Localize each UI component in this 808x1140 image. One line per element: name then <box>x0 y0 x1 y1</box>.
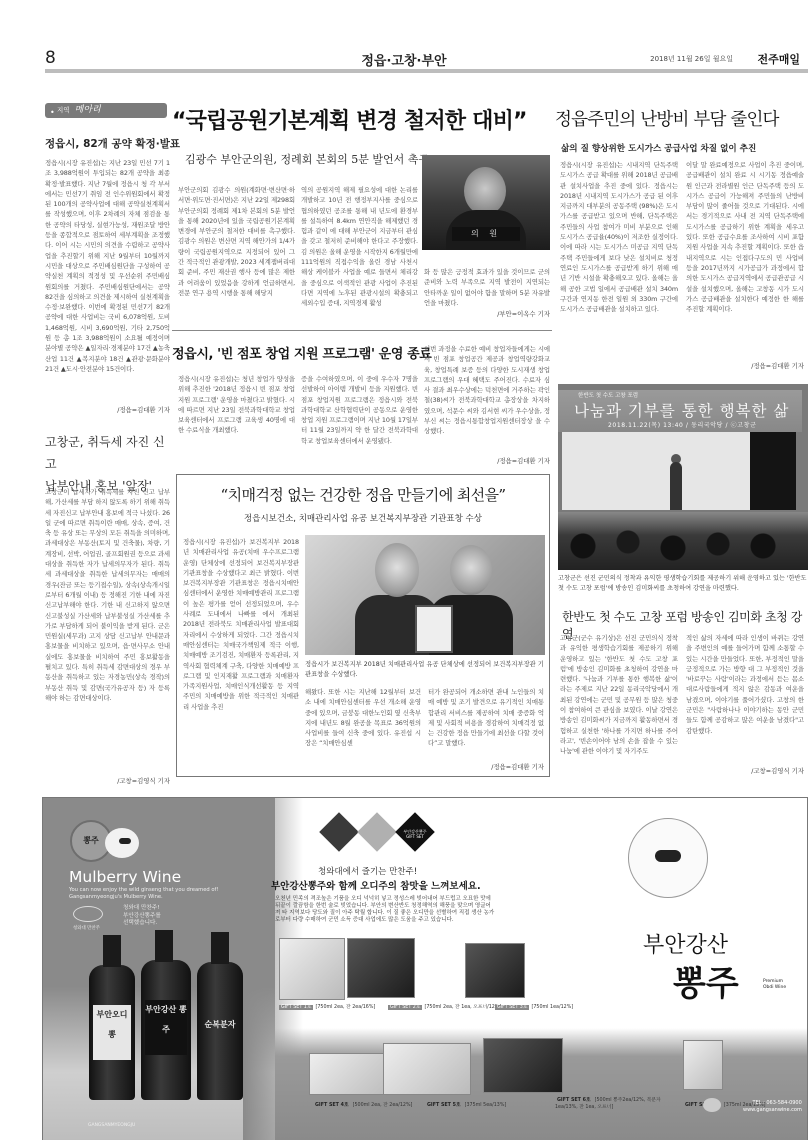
bottle-neck <box>103 935 121 967</box>
stage-curtain <box>750 432 796 510</box>
article-headline: 정읍시, 82개 공약 확정·발표 <box>45 136 180 151</box>
brand-calligraphy-line1: 부안강산 <box>643 928 728 959</box>
article-byline: /정읍=김대환 기자 <box>424 456 550 465</box>
premium-label: Premium Obdi Wine <box>763 979 786 991</box>
brand-calligraphy-line2: 뽕주 <box>673 956 739 1005</box>
mulberry-image-diamond <box>319 812 359 852</box>
publication-date: 2018년 11월 26일 월요일 <box>650 54 733 64</box>
bluehouse-label: 청와대 만찬주 <box>73 925 100 931</box>
gift-set-product <box>465 943 525 998</box>
gift-set-product <box>279 938 345 1000</box>
mascot-eye-icon <box>655 850 681 862</box>
banner-date-text: 2018.11.22(목) 13:40 / 동리국악당 / ⓒ고창군 <box>608 420 756 429</box>
photo-caption: 고창군은 선진 군민의식 정착과 유익한 평생학습기회를 제공하기 위해 운영하… <box>558 574 808 594</box>
article-body-col1: 정읍시(시장 유진섭)는 시내지역 단독주택 도시가스 공급 확대를 위해 20… <box>560 160 678 372</box>
article-byline: /고창=김영식 기자 <box>45 776 170 785</box>
bottle-neck <box>211 932 229 964</box>
gift-set-label: GIFT SET 5호[375ml 5ea/13%] <box>425 1101 506 1108</box>
photo-caption: 정읍시가 보건복지부 2018년 치매관리사업 유공 단체상에 선정되어 보건복… <box>305 660 545 679</box>
brand-small-text: GANGSANMYEONGJU <box>88 1123 135 1128</box>
bluehouse-text-line: 부안강산뽕주를 <box>123 913 161 921</box>
gift-set-spec: [500ml 2ea, 잔 2ea/12%] <box>353 1103 413 1108</box>
wine-bottle: 부안오디뽕 <box>89 965 135 1100</box>
gift-set-product <box>683 1040 723 1090</box>
article-subheadline: 정읍시보건소, 치매관리사업 유공 보건복지부장관 기관표창 수상 <box>176 512 550 524</box>
award-photo <box>305 535 545 655</box>
headline-line: 고창군, 취득세 자진 신고 <box>45 431 170 475</box>
article-headline: 정읍주민의 난방비 부담 줄인다 <box>555 106 779 131</box>
newspaper-name: 전주매일 <box>757 51 800 67</box>
ad-body-text: 오천년 민족의 격조높은 기품을 오디 넉넉히 넣고 정성스레 빚어내어 부드럽… <box>275 896 495 924</box>
gift-set-label: GIFT SET 1호[750ml 2ea, 잔 2ea/16%] <box>279 1003 375 1010</box>
header-rule <box>45 69 808 73</box>
article-body-col3: 이번 과정을 수료한 예비 창업자들에게는 시에서 빈 점포 창업공간 제공과 … <box>424 344 550 456</box>
gift-set-name: GIFT SET 2호 <box>388 1005 422 1010</box>
wine-image-diamond <box>357 812 397 852</box>
gift-set-spec: [750ml 2ea, 잔 1ea, 오프너/12%] <box>424 1005 501 1010</box>
article-body-col2: 증을 수여하였으며, 이 중에 우수자 7명을 선발하여 아이템 개발비 등을 … <box>301 374 418 446</box>
gift-set-name: GIFT SET 6호 <box>555 1098 593 1103</box>
gift-set-label: GIFT SET 2호[750ml 2ea, 잔 1ea, 오프너/12%] <box>388 1003 501 1010</box>
article-byline: /부안=이옥수 기자 <box>424 309 550 318</box>
gift-set-label: GIFT SET 4호[500ml 2ea, 잔 2ea/12%] <box>313 1101 412 1108</box>
bluehouse-text-line: 선택했습니다. <box>123 920 161 928</box>
stage-screen <box>562 432 750 510</box>
person-face <box>375 543 419 597</box>
bottle-label: 순복분자 <box>201 1014 239 1036</box>
banner-small-text: 한반도 첫 수도 고창 포럼 <box>578 391 638 399</box>
bottle-label: 부안오디뽕 <box>93 1005 131 1060</box>
contact-phone: TEL : 063-584-0900 <box>743 1100 802 1107</box>
award-plaque <box>415 605 453 653</box>
article-body-col3: 화 등 많은 긍정적 효과가 있을 것이므로 군의 준비와 노력 부족으로 지역… <box>424 267 550 309</box>
ad-desc-line: Gangsanmyeongju's Mulberry Wine. <box>69 894 269 901</box>
bottle-neck <box>155 930 173 962</box>
article-body-col1: 부안군의회 김광수 의원(계화면·변산면·하서면·위도면·진서면)은 지난 22… <box>178 185 295 321</box>
article-body-col1: 정읍시(시장 유진섭)가 보건복지부 2018년 치매관리사업 유공(치매 우수… <box>183 537 299 771</box>
ad-title: Mulberry Wine <box>69 868 181 886</box>
gift-set-name: GIFT SET 3호 <box>495 1005 529 1010</box>
article-body-col2: 이달 말 완료예정으로 사업이 추진 중이며, 공급배관이 설치 완료 시 시기… <box>686 160 804 360</box>
main-headline: “국립공원기본계획 변경 철저한 대비” <box>172 104 527 135</box>
gift-set-label: GIFT SET 6호[500ml 뽕주2ea/12%, 복분자1ea/13%,… <box>555 1098 665 1111</box>
article-body: 고창군이 납세자가 취득세를 자진 신고 납부해, 가산세를 부담 하지 않도록… <box>45 487 170 775</box>
gift-set-product <box>309 1053 393 1095</box>
article-byline: /정읍=김대환 기자 <box>428 762 544 771</box>
column-tag-title: 메아리 <box>75 105 101 115</box>
gift-set-badge-text: 부안강산뽕주 GIFT SET <box>400 829 430 839</box>
contact-website[interactable]: www.gangsanwine.com <box>743 1107 802 1114</box>
gift-set-product <box>347 938 415 998</box>
councillor-photo: 의 원 <box>422 155 550 250</box>
article-byline: /정읍=김대환 기자 <box>45 405 170 414</box>
gift-set-name: GIFT SET 4호 <box>313 1103 351 1108</box>
column-tag-prefix: 지역 <box>57 106 70 114</box>
audience-heads <box>558 530 808 570</box>
article-body-col1: 정읍시(시장 유진섭)는 청년 창업가 양성을 위해 추진한 '2018년 정읍… <box>178 374 295 446</box>
gift-set-product <box>483 1038 563 1093</box>
bluehouse-text-line: 청와대 만찬주! <box>123 905 161 913</box>
speaker-figure <box>670 462 682 510</box>
gift-set-label: GIFT SET 3호[750ml 1ea/12%] <box>495 1003 573 1010</box>
bullet-icon: • <box>50 105 55 120</box>
article-body-col2: 해왔다. 또한 시는 지난해 12월부터 보건소 내에 치매안심센터를 우선 개… <box>305 687 421 771</box>
article-subheadline: 삶의 질 향상위한 도시가스 공급사업 차질 없이 추진 <box>561 142 756 154</box>
banner-main-text: 나눔과 기부를 통한 행복한 삶 <box>574 399 789 421</box>
wine-bottles: 부안오디뽕 부안강산 뽕주 순복분자 <box>83 938 253 1118</box>
bluehouse-emblem-icon <box>73 906 103 922</box>
audience-photo <box>558 512 808 570</box>
mulberry-wine-advertisement: 뽕주 Mulberry Wine You can now enjoy the w… <box>42 797 808 1140</box>
person-face <box>464 167 506 215</box>
article-headline: 정읍시, '빈 점포 창업 지원 프로그램' 운영 종료 <box>172 343 431 362</box>
company-emblem-icon <box>703 1098 721 1112</box>
wine-bottle: 순복분자 <box>197 962 243 1100</box>
mascot-eye-icon <box>119 838 131 844</box>
wine-bottle: 부안강산 뽕주 <box>141 960 191 1100</box>
article-body-col2: 역의 공원지역 해제 필요성에 대한 논리를 개발하고 10년 전 행정부지사를… <box>301 185 418 321</box>
column-tag: • 지역 메아리 <box>45 103 167 118</box>
premium-line: Obdi Wine <box>763 985 786 991</box>
gift-set-name: GIFT SET 5호 <box>425 1103 463 1108</box>
ad-desc-line: You can now enjoy the wild ginseng that … <box>69 887 269 894</box>
ad-description: You can now enjoy the wild ginseng that … <box>69 887 269 901</box>
article-body-col1: 고창군(군수 유기상)은 선진 군민의식 정착과 유익한 평생학습기회를 제공하… <box>560 633 678 775</box>
nameplate: 의 원 <box>452 227 520 241</box>
article-body-col3: 터가 완공되어 개소하면 관내 노인들의 치매 예방 및 조기 발견으로 유기적… <box>428 687 544 763</box>
bottle-label: 부안강산 뽕주 <box>145 1000 187 1055</box>
gift-set-product <box>383 1043 471 1095</box>
gift-set-spec: [750ml 1ea/12%] <box>531 1005 573 1010</box>
bluehouse-text: 청와대 만찬주! 부안강산뽕주를 선택했습니다. <box>123 905 161 928</box>
article-body: 정읍시(시장 유진섭)는 지난 23일 민선 7기 1조 3,988억원이 투입… <box>45 158 170 390</box>
section-divider <box>172 330 552 331</box>
gift-set-spec: [750ml 2ea, 잔 2ea/16%] <box>315 1005 375 1010</box>
ad-headline-1: 청와대에서 즐기는 만찬주! <box>318 865 417 877</box>
gift-set-name: GIFT SET 1호 <box>279 1005 313 1010</box>
article-byline: /고창=김영식 기자 <box>686 766 804 775</box>
article-body-col2: 적인 삶의 자세에 따라 인생이 바뀌는 강연을 주변인의 예를 들어가며 함께… <box>686 633 804 765</box>
gift-set-spec: [375ml 5ea/13%] <box>465 1103 507 1108</box>
ad-headline-2: 부안강산뽕주와 함께 오디주의 참맛을 느껴보세요. <box>271 878 481 892</box>
article-headline: “치매걱정 없는 건강한 정읍 만들기에 최선을” <box>176 484 550 505</box>
article-byline: /정읍=김대환 기자 <box>686 361 804 370</box>
person-face <box>450 545 492 595</box>
forum-photo: 한반도 첫 수도 고창 포럼 나눔과 기부를 통한 행복한 삶 2018.11.… <box>558 384 808 512</box>
ad-contact: TEL : 063-584-0900 www.gangsanwine.com <box>743 1100 802 1114</box>
main-subheadline: 김광수 부안군의원, 정례회 본회의 5분 발언서 촉구 <box>185 151 429 167</box>
